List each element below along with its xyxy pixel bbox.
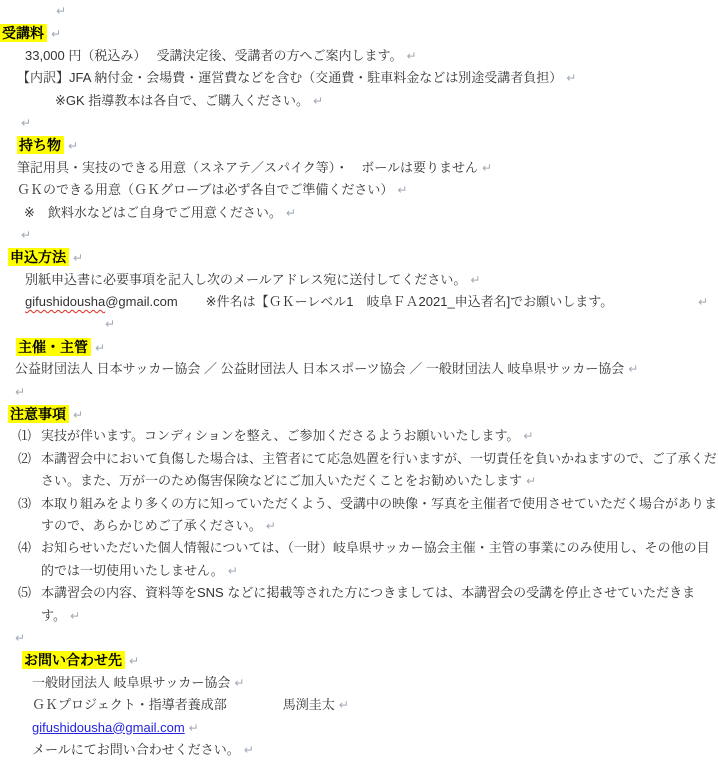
return-mark-icon: ↵ — [397, 183, 407, 197]
return-mark-icon: ↵ — [51, 27, 61, 41]
text-line: ＧＫのできる用意（ＧＫグローブは必ず各自でご準備ください） — [17, 182, 393, 197]
return-mark-icon: ↵ — [566, 71, 576, 85]
notice-item-4: ⑷ お知らせいただいた個人情報については、（一財）岐阜県サッカー協会主催・主管の… — [18, 537, 718, 582]
fee-line-textbook: ※GK 指導教本は各自で、ご購入ください。↵ — [55, 90, 718, 112]
text-line: ※GK 指導教本は各自で、ご購入ください。 — [55, 93, 309, 108]
return-mark-icon: ↵ — [73, 251, 83, 265]
empty-paragraph: ↵ — [0, 627, 718, 649]
belongings-line-3: ※ 飲料水などはご自身でご用意ください。↵ — [24, 202, 718, 224]
notice-item-5: ⑸ 本講習会の内容、資料等をSNS などに掲載等された方につきましては、本講習会… — [18, 582, 718, 627]
return-mark-icon: ↵ — [15, 385, 25, 399]
fee-line-breakdown: 【内訳】JFA 納付金・会場費・運営費などを含む（交通費・駐車料金などは別途受講… — [17, 67, 718, 89]
notice-item-3: ⑶ 本取り組みをより多くの方に知っていただくよう、受講中の映像・写真を主催者で使… — [18, 493, 718, 538]
section-contact-heading: お問い合わせ先↵ — [22, 649, 718, 671]
return-mark-icon: ↵ — [482, 161, 492, 175]
empty-paragraph: ↵ — [0, 313, 718, 335]
return-mark-icon: ↵ — [698, 291, 708, 313]
heading-highlight: 注意事項 — [8, 405, 69, 423]
heading-highlight: お問い合わせ先 — [22, 651, 125, 669]
return-mark-icon: ↵ — [234, 676, 244, 690]
email-domain: @gmail.com — [105, 294, 177, 309]
heading-highlight: 持ち物 — [17, 136, 64, 154]
department-text: ＧＫプロジェクト・指導者養成部 — [32, 697, 227, 712]
text-line: 公益財団法人 日本サッカー協会 ／ 公益財団法人 日本スポーツ協会 ／ 一般財団… — [15, 361, 624, 376]
return-mark-icon: ↵ — [313, 94, 323, 108]
return-mark-icon: ↵ — [105, 317, 115, 331]
empty-paragraph: ↵ — [0, 224, 718, 246]
notice-number: ⑶ — [18, 493, 41, 538]
document-page: ↵ 受講料↵ 33,000 円（税込み） 受講決定後、受講者の方へご案内します。… — [0, 0, 718, 761]
return-mark-icon: ↵ — [73, 408, 83, 422]
notice-text: 本講習会中において負傷した場合は、主管者にて応急処置を行いますが、一切責任を負い… — [41, 448, 718, 493]
return-mark-icon: ↵ — [406, 49, 416, 63]
notice-number: ⑸ — [18, 582, 41, 627]
notice-number: ⑷ — [18, 537, 41, 582]
heading-highlight: 主催・主管 — [16, 338, 91, 356]
text-line: 【内訳】JFA 納付金・会場費・運営費などを含む（交通費・駐車料金などは別途受講… — [17, 70, 562, 85]
contact-note-line: メールにてお問い合わせください。↵ — [32, 739, 718, 761]
return-mark-icon: ↵ — [339, 698, 349, 712]
return-mark-icon: ↵ — [129, 654, 139, 668]
empty-paragraph: ↵ — [0, 112, 718, 134]
return-mark-icon: ↵ — [286, 206, 296, 220]
notice-text: 本取り組みをより多くの方に知っていただくよう、受講中の映像・写真を主催者で使用さ… — [41, 493, 718, 538]
section-belongings-heading: 持ち物↵ — [17, 134, 718, 156]
empty-paragraph: ↵ — [0, 0, 718, 22]
contact-person-name: 馬渕圭太 — [283, 697, 335, 712]
section-apply-heading: 申込方法↵ — [8, 246, 718, 268]
heading-highlight: 申込方法 — [8, 248, 69, 266]
apply-line-1: 別紙申込書に必要事項を記入し次のメールアドレス宛に送付してください。↵ — [25, 269, 718, 291]
return-mark-icon: ↵ — [15, 631, 25, 645]
organizer-line: 公益財団法人 日本サッカー協会 ／ 公益財団法人 日本スポーツ協会 ／ 一般財団… — [15, 358, 718, 380]
apply-line-email: gifushidousha@gmail.com ※件名は【ＧＫーレベル1 岐阜Ｆ… — [25, 291, 718, 313]
return-mark-icon: ↵ — [244, 743, 254, 757]
return-mark-icon: ↵ — [189, 721, 199, 735]
section-notes-heading: 注意事項↵ — [8, 403, 718, 425]
subject-instruction: ※件名は【ＧＫーレベル1 岐阜ＦＡ2021_申込者名]でお願いします。 — [206, 291, 614, 313]
text-line: ※ 飲料水などはご自身でご用意ください。 — [24, 205, 282, 220]
notice-body: お知らせいただいた個人情報については、（一財）岐阜県サッカー協会主催・主管の事業… — [41, 540, 710, 577]
notice-body: 実技が伴います。コンディションを整え、ご参加くださるようお願いいたします。 — [41, 428, 519, 443]
notice-item-1: ⑴ 実技が伴います。コンディションを整え、ご参加くださるようお願いいたします。↵ — [18, 425, 718, 447]
text-line: 別紙申込書に必要事項を記入し次のメールアドレス宛に送付してください。 — [25, 272, 466, 287]
contact-email-line: gifushidousha@gmail.com↵ — [32, 717, 718, 739]
belongings-line-1: 筆記用具・実技のできる用意（スネアテ／スパイク等）・ ボールは要りません↵ — [17, 157, 718, 179]
notice-number: ⑵ — [18, 448, 41, 493]
notice-body: 本講習会中において負傷した場合は、主管者にて応急処置を行いますが、一切責任を負い… — [41, 451, 717, 488]
heading-highlight: 受講料 — [0, 24, 47, 42]
contact-dept-line: ＧＫプロジェクト・指導者養成部馬渕圭太↵ — [32, 694, 718, 716]
fee-line-price: 33,000 円（税込み） 受講決定後、受講者の方へご案内します。↵ — [25, 45, 718, 67]
return-mark-icon: ↵ — [470, 273, 480, 287]
notice-text: お知らせいただいた個人情報については、（一財）岐阜県サッカー協会主催・主管の事業… — [41, 537, 718, 582]
section-organizer-heading: 主催・主管↵ — [16, 336, 718, 358]
notice-text: 本講習会の内容、資料等をSNS などに掲載等された方につきましては、本講習会の受… — [41, 582, 718, 627]
return-mark-icon: ↵ — [56, 4, 66, 18]
return-mark-icon: ↵ — [21, 116, 31, 130]
return-mark-icon: ↵ — [68, 139, 78, 153]
return-mark-icon: ↵ — [95, 341, 105, 355]
notice-item-2: ⑵ 本講習会中において負傷した場合は、主管者にて応急処置を行いますが、一切責任を… — [18, 448, 718, 493]
return-mark-icon: ↵ — [21, 228, 31, 242]
return-mark-icon: ↵ — [523, 429, 533, 443]
email-text: gifushidousha@gmail.com — [25, 291, 178, 313]
notice-number: ⑴ — [18, 425, 41, 447]
email-link[interactable]: gifushidousha@gmail.com — [32, 720, 185, 735]
return-mark-icon: ↵ — [628, 362, 638, 376]
belongings-line-2: ＧＫのできる用意（ＧＫグローブは必ず各自でご準備ください）↵ — [17, 179, 718, 201]
return-mark-icon: ↵ — [526, 474, 536, 488]
text-line: 一般財団法人 岐阜県サッカー協会 — [32, 675, 230, 690]
notice-body: 本取り組みをより多くの方に知っていただくよう、受講中の映像・写真を主催者で使用さ… — [41, 496, 717, 533]
notice-text: 実技が伴います。コンディションを整え、ご参加くださるようお願いいたします。↵ — [41, 425, 718, 447]
return-mark-icon: ↵ — [228, 564, 238, 578]
text-line: メールにてお問い合わせください。 — [32, 742, 240, 757]
text-line: 筆記用具・実技のできる用意（スネアテ／スパイク等）・ ボールは要りません — [17, 160, 478, 175]
text-line: 33,000 円（税込み） 受講決定後、受講者の方へご案内します。 — [25, 48, 402, 63]
email-user-misspelled: gifushidousha — [25, 294, 105, 309]
return-mark-icon: ↵ — [70, 609, 80, 623]
empty-paragraph: ↵ — [0, 381, 718, 403]
section-fee-heading: 受講料↵ — [0, 22, 718, 44]
contact-org-line: 一般財団法人 岐阜県サッカー協会↵ — [32, 672, 718, 694]
return-mark-icon: ↵ — [266, 519, 276, 533]
notice-body: 本講習会の内容、資料等をSNS などに掲載等された方につきましては、本講習会の受… — [41, 585, 695, 622]
